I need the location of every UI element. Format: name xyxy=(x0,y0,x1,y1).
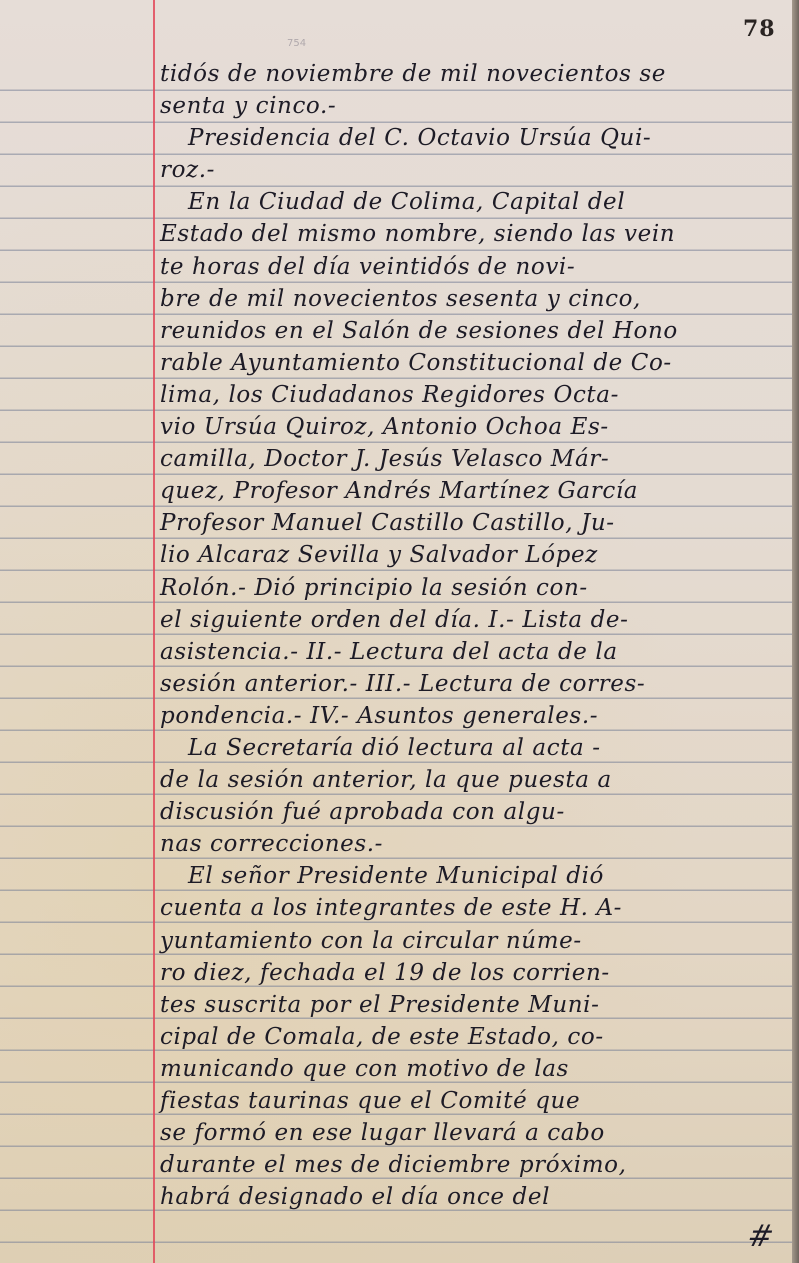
text-line: ro diez, fechada el 19 de los corrien- xyxy=(160,957,790,989)
page-edge xyxy=(792,0,799,1263)
text-line: Rolón.- Dió principio la sesión con- xyxy=(160,572,790,604)
text-line: lio Alcaraz Sevilla y Salvador López xyxy=(160,539,790,571)
text-line: se formó en ese lugar llevará a cabo xyxy=(160,1117,790,1149)
text-line: camilla, Doctor J. Jesús Velasco Már- xyxy=(160,443,790,475)
text-line: quez, Profesor Andrés Martínez García xyxy=(160,475,790,507)
text-line: discusión fué aprobada con algu- xyxy=(160,796,790,828)
text-line: bre de mil novecientos sesenta y cinco, xyxy=(160,283,790,315)
text-line: rable Ayuntamiento Constitucional de Co- xyxy=(160,347,790,379)
text-line: asistencia.- II.- Lectura del acta de la xyxy=(160,636,790,668)
text-line: vio Ursúa Quiroz, Antonio Ochoa Es- xyxy=(160,411,790,443)
red-margin-line xyxy=(153,0,155,1263)
text-line: durante el mes de diciembre próximo, xyxy=(160,1149,790,1181)
handwritten-body: tidós de noviembre de mil novecientos se… xyxy=(160,58,790,1213)
text-line: roz.- xyxy=(160,154,790,186)
text-line: La Secretaría dió lectura al acta - xyxy=(160,732,790,764)
text-line: te horas del día veintidós de novi- xyxy=(160,251,790,283)
page-number: 78 xyxy=(743,16,776,42)
text-line: senta y cinco.- xyxy=(160,90,790,122)
bleed-through-text xyxy=(10,540,150,1100)
text-line: habrá designado el día once del xyxy=(160,1181,790,1213)
text-line: Profesor Manuel Castillo Castillo, Ju- xyxy=(160,507,790,539)
text-line: sesión anterior.- III.- Lectura de corre… xyxy=(160,668,790,700)
text-line: yuntamiento con la circular núme- xyxy=(160,925,790,957)
text-line: fiestas taurinas que el Comité que xyxy=(160,1085,790,1117)
text-line: reunidos en el Salón de sesiones del Hon… xyxy=(160,315,790,347)
text-line: municando que con motivo de las xyxy=(160,1053,790,1085)
text-line: el siguiente orden del día. I.- Lista de… xyxy=(160,604,790,636)
ledger-page: 78 754 tidós de noviembre de mil novecie… xyxy=(0,0,792,1263)
text-line: tes suscrita por el Presidente Muni- xyxy=(160,989,790,1021)
text-line: nas correcciones.- xyxy=(160,828,790,860)
text-line: Presidencia del C. Octavio Ursúa Qui- xyxy=(160,122,790,154)
text-line: El señor Presidente Municipal dió xyxy=(160,860,790,892)
text-line: En la Ciudad de Colima, Capital del xyxy=(160,186,790,218)
text-line: lima, los Ciudadanos Regidores Octa- xyxy=(160,379,790,411)
text-line: tidós de noviembre de mil novecientos se xyxy=(160,58,790,90)
text-line: de la sesión anterior, la que puesta a xyxy=(160,764,790,796)
pencil-annotation: 754 xyxy=(287,38,306,49)
text-line: cipal de Comala, de este Estado, co- xyxy=(160,1021,790,1053)
text-line: cuenta a los integrantes de este H. A- xyxy=(160,892,790,924)
text-line: pondencia.- IV.- Asuntos generales.- xyxy=(160,700,790,732)
text-line: Estado del mismo nombre, siendo las vein xyxy=(160,218,790,250)
